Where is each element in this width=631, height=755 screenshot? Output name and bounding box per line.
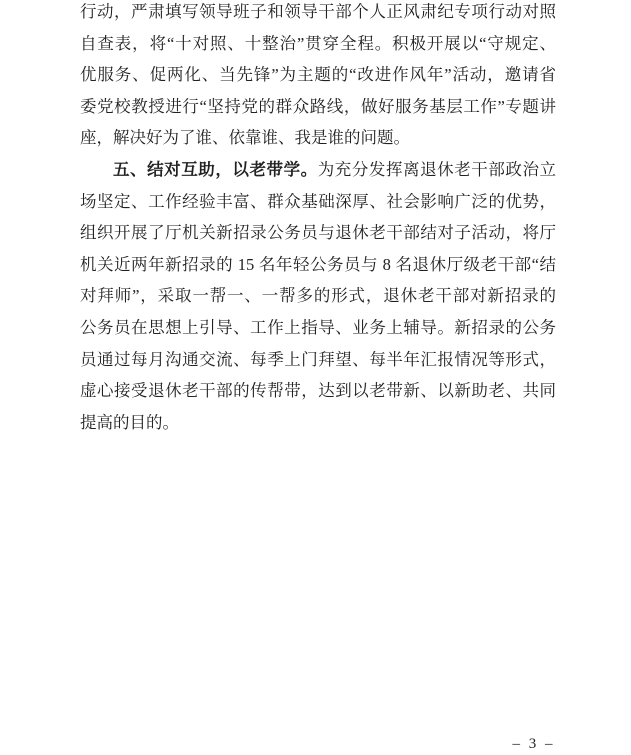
text-line: 公务员在思想上引导、工作上指导、业务上辅导。新招录的公务 — [80, 312, 556, 344]
text-line: 组织开展了厅机关新招录公务员与退休老干部结对子活动，将厅 — [80, 217, 556, 249]
paragraph-heading: 五、结对互助，以老带学。 — [113, 160, 318, 179]
text-line: 委党校教授进行“坚持党的群众路线，做好服务基层工作”专题讲 — [80, 91, 556, 123]
text-line: 员通过每月沟通交流、每季上门拜望、每半年汇报情况等形式， — [80, 344, 556, 376]
text-line: 对拜师”，采取一帮一、一帮多的形式，退休老干部对新招录的 — [80, 280, 556, 312]
text-line: 提高的目的。 — [80, 407, 556, 439]
document-body: 行动，严肃填写领导班子和领导干部个人正风肃纪专项行动对照自查表，将“十对照、十整… — [80, 0, 556, 438]
text-line: 自查表，将“十对照、十整治”贯穿全程。积极开展以“守规定、 — [80, 28, 556, 60]
text-line: 五、结对互助，以老带学。为充分发挥离退休老干部政治立 — [80, 154, 556, 186]
page-number: – 3 – — [513, 736, 556, 753]
document-page: 行动，严肃填写领导班子和领导干部个人正风肃纪专项行动对照自查表，将“十对照、十整… — [0, 0, 631, 755]
text-line: 场坚定、工作经验丰富、群众基础深厚、社会影响广泛的优势， — [80, 186, 556, 218]
text-line: 机关近两年新招录的 15 名年轻公务员与 8 名退休厅级老干部“结 — [80, 249, 556, 281]
text-line: 优服务、促两化、当先锋”为主题的“改进作风年”活动，邀请省 — [80, 59, 556, 91]
text-line: 座，解决好为了谁、依靠谁、我是谁的问题。 — [80, 122, 556, 154]
text-line: 行动，严肃填写领导班子和领导干部个人正风肃纪专项行动对照 — [80, 0, 556, 28]
text-line: 虚心接受退休老干部的传帮带，达到以老带新、以新助老、共同 — [80, 375, 556, 407]
